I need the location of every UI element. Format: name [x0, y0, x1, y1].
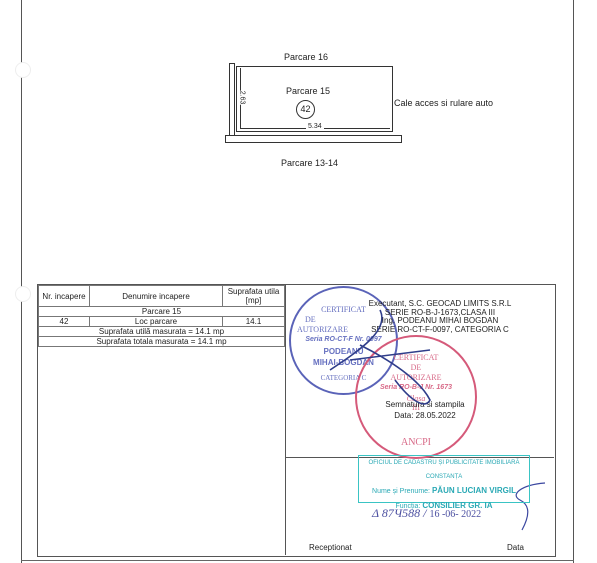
ocpi-name-value: PĂUN LUCIAN VIRGIL	[432, 486, 516, 495]
footer-date-label: Data	[507, 543, 524, 552]
registration-entry: Δ 87Ч588 / 16 -06- 2022	[372, 506, 481, 521]
registration-date: 16 -06- 2022	[429, 509, 481, 520]
received-label: Receptionat	[309, 543, 352, 552]
ocpi-office: OFICIUL DE CADASTRU ȘI PUBLICITATE IMOBI…	[359, 456, 529, 484]
ocpi-name-label: Nume și Prenume:	[372, 488, 430, 495]
registration-number: Δ 87Ч588 /	[372, 506, 426, 520]
ocpi-receipt-stamp: OFICIUL DE CADASTRU ȘI PUBLICITATE IMOBI…	[358, 455, 530, 503]
